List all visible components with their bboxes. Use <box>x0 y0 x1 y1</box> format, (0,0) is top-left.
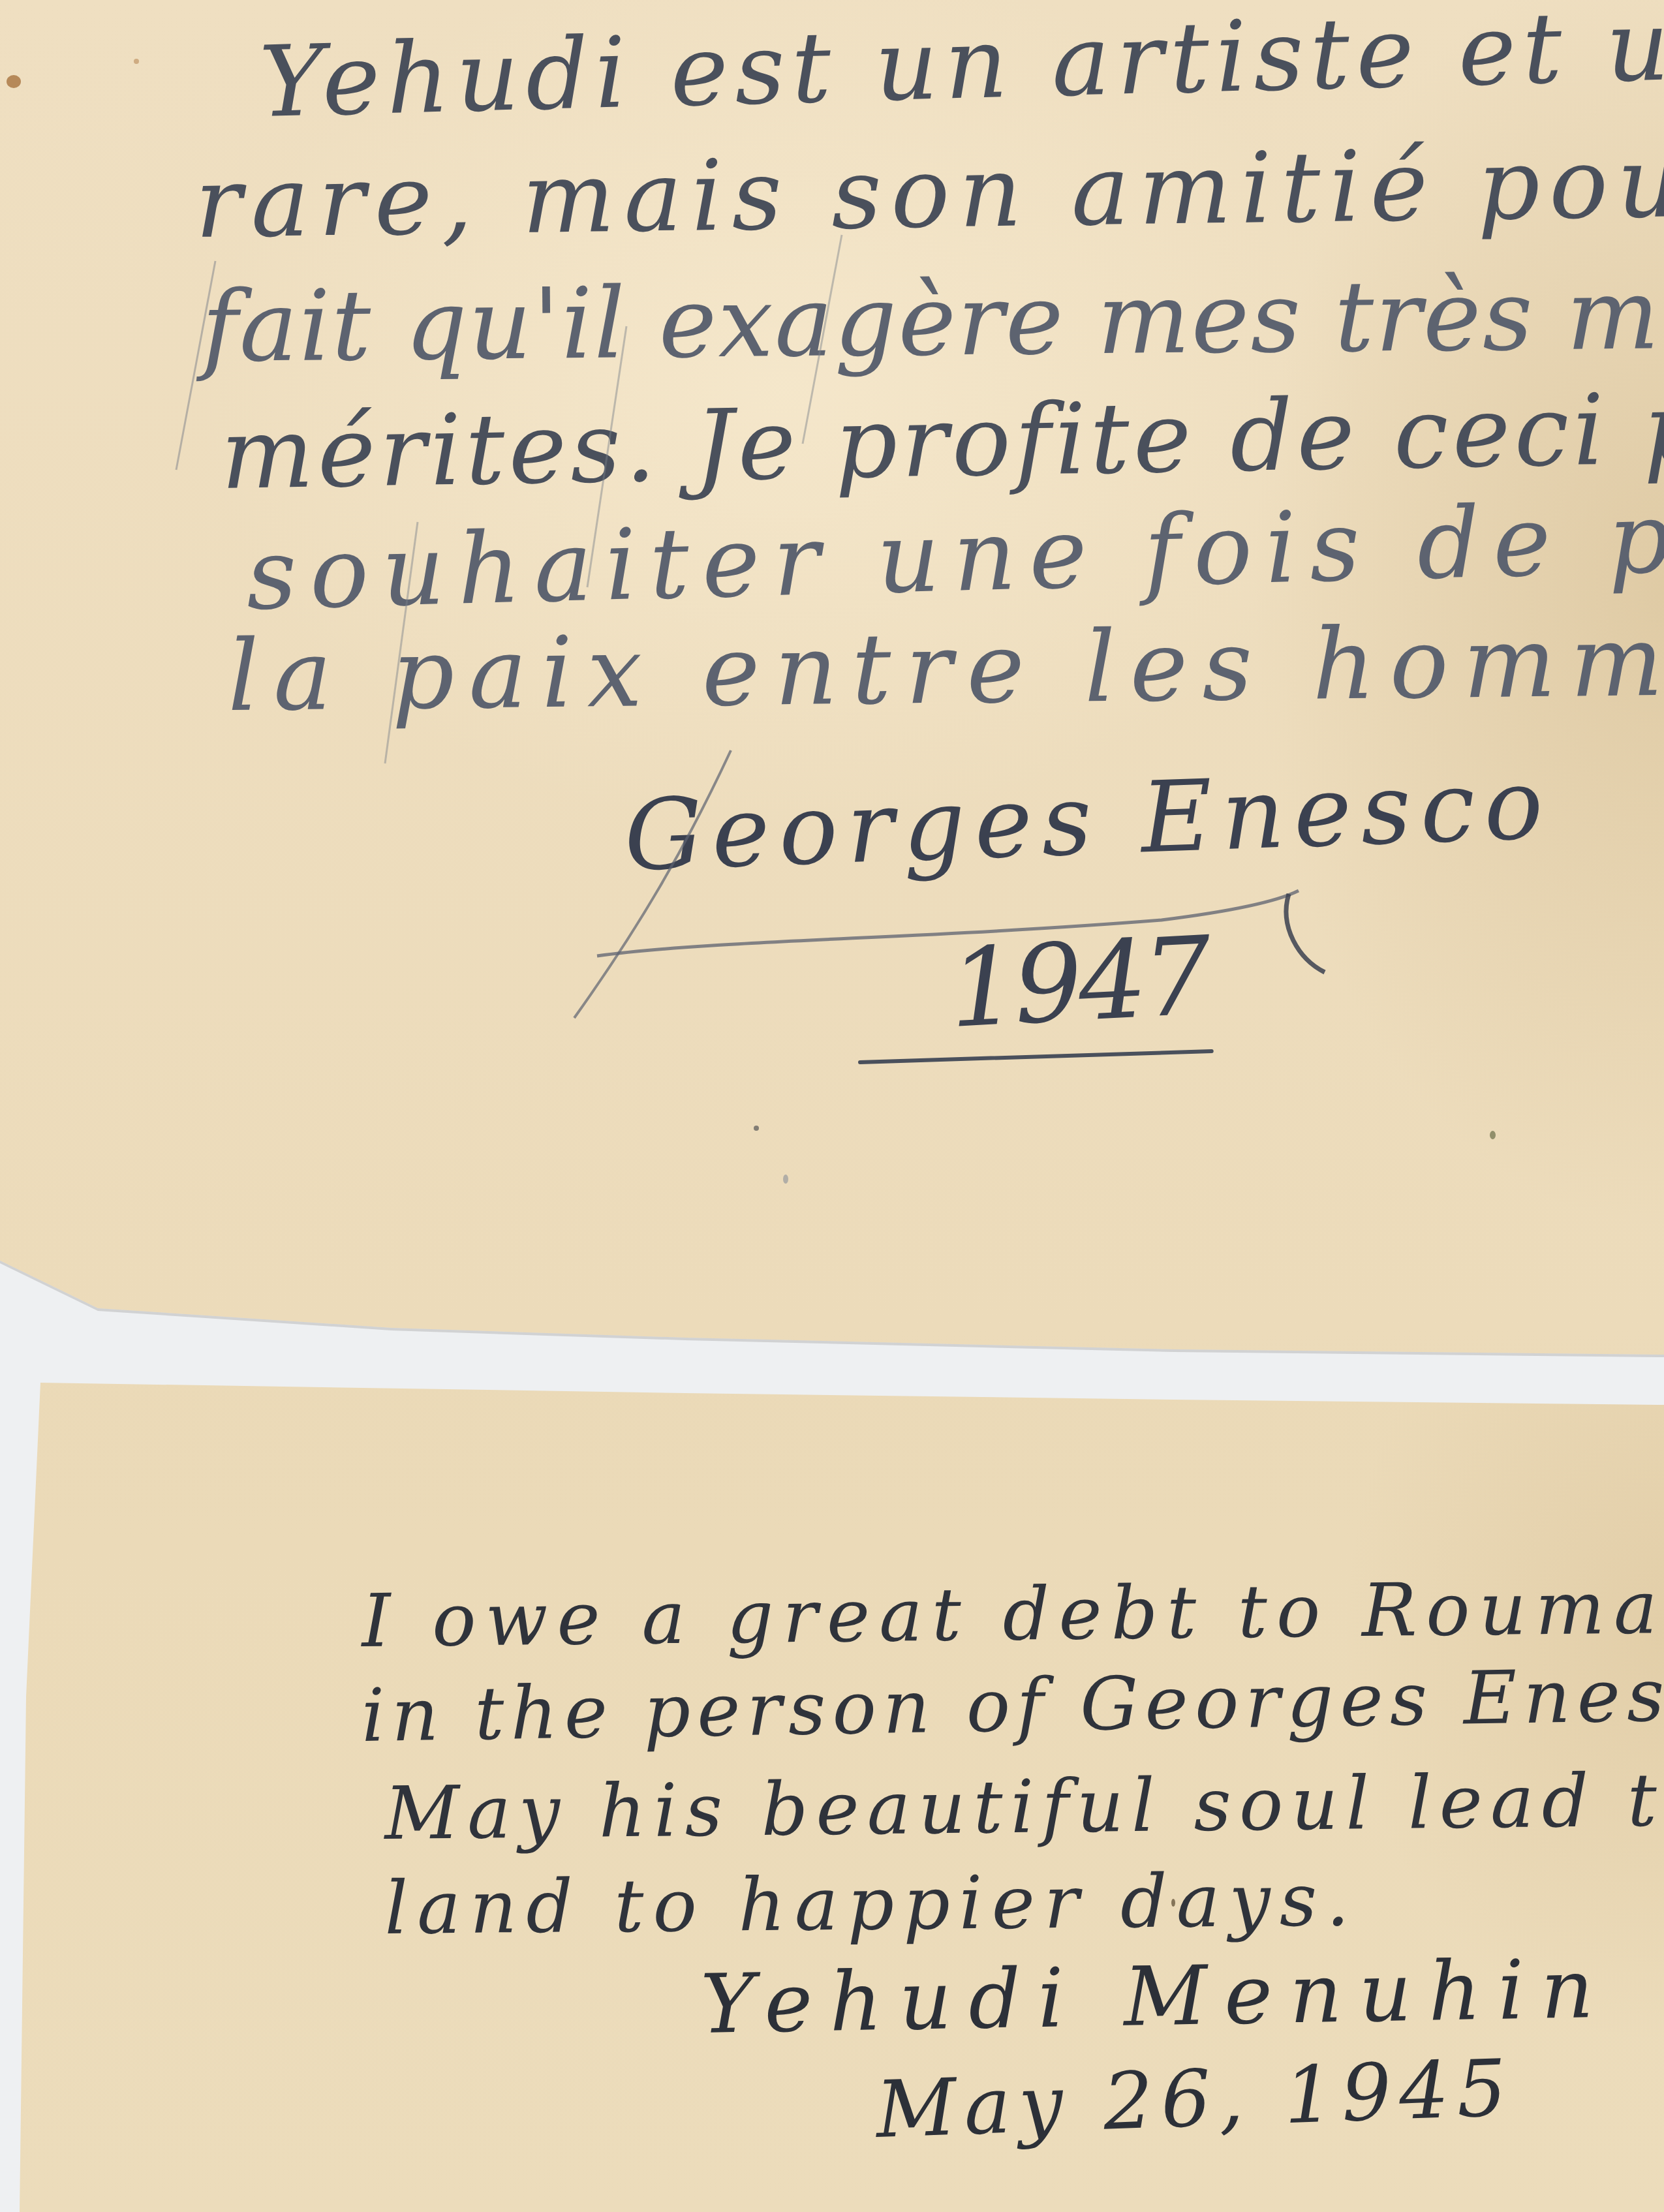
menuhin-signature: Yehudi Menuhin <box>700 1942 1611 2052</box>
enesco-note-line-6: la paix entre les hommes. <box>227 603 1664 733</box>
ink-speck <box>1490 1131 1496 1139</box>
ink-speck <box>783 1175 788 1184</box>
menuhin-note-line-4: land to happier days. <box>384 1858 1359 1951</box>
menuhin-note-line-3: May his beautiful soul lead the <box>384 1757 1664 1856</box>
enesco-note-line-3: fait qu'il exagère mes très modestes <box>201 254 1664 384</box>
enesco-signature-year: 1947 <box>946 914 1210 1052</box>
foxing-spot <box>7 75 21 88</box>
ink-speck <box>754 1126 759 1131</box>
foxing-spot <box>134 59 139 64</box>
menuhin-note-line-1: I owe a great debt to Roumania <box>362 1564 1664 1664</box>
